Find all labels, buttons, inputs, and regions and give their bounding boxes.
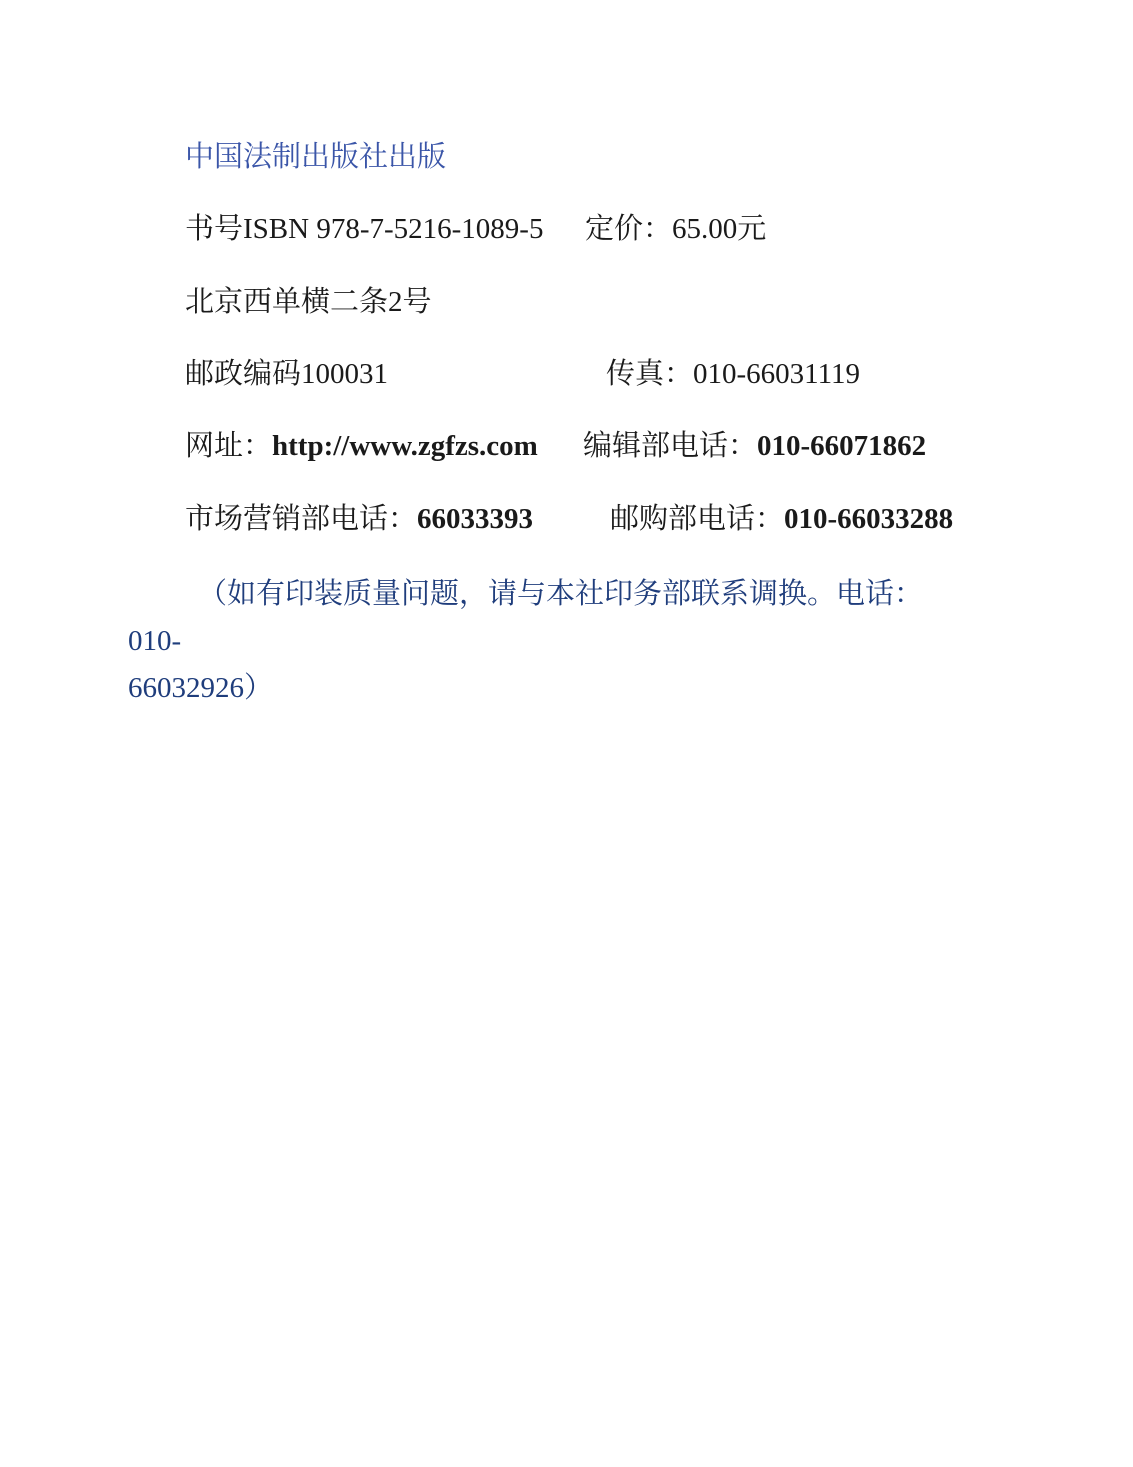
- isbn-price-line: 书号ISBN 978-7-5216-1089-5 定价：65.00元: [185, 206, 543, 253]
- publisher-line: 中国法制出版社出版: [185, 134, 446, 181]
- price-text: 定价：65.00元: [585, 206, 766, 253]
- quality-notice-line1: （如有印装质量问题，请与本社印务部联系调换。电话：010-: [128, 578, 923, 657]
- postcode-fax-line: 邮政编码100031 传真：010-66031119: [185, 351, 388, 398]
- address-text: 北京西单横二条2号: [185, 286, 432, 318]
- editorial-phone: 010-66071862: [757, 430, 926, 462]
- postcode-text: 邮政编码100031: [185, 358, 388, 390]
- fax-text: 传真：010-66031119: [606, 351, 860, 398]
- marketing-mailorder-line: 市场营销部电话：66033393 邮购部电话：010-66033288: [185, 496, 533, 543]
- website-label: 网址：: [185, 430, 272, 462]
- mailorder-phone-group: 邮购部电话：010-66033288: [610, 496, 953, 543]
- marketing-phone: 66033393: [417, 503, 533, 535]
- mailorder-label: 邮购部电话：: [610, 503, 784, 535]
- mailorder-phone: 010-66033288: [784, 503, 953, 535]
- editorial-label: 编辑部电话：: [583, 430, 757, 462]
- editorial-phone-group: 编辑部电话：010-66071862: [583, 423, 926, 470]
- publisher-text: 中国法制出版社出版: [185, 141, 446, 173]
- quality-notice-line2: 66032926）: [128, 672, 273, 704]
- address-line: 北京西单横二条2号: [185, 279, 432, 326]
- website-editorial-line: 网址：http://www.zgfzs.com 编辑部电话：010-660718…: [185, 423, 538, 470]
- document-page: 中国法制出版社出版 书号ISBN 978-7-5216-1089-5 定价：65…: [0, 0, 1133, 1467]
- quality-notice-paragraph: （如有印装质量问题，请与本社印务部联系调换。电话：010- 66032926）: [128, 571, 958, 712]
- marketing-label: 市场营销部电话：: [185, 503, 417, 535]
- isbn-text: 书号ISBN 978-7-5216-1089-5: [185, 213, 543, 245]
- website-url: http://www.zgfzs.com: [272, 430, 538, 462]
